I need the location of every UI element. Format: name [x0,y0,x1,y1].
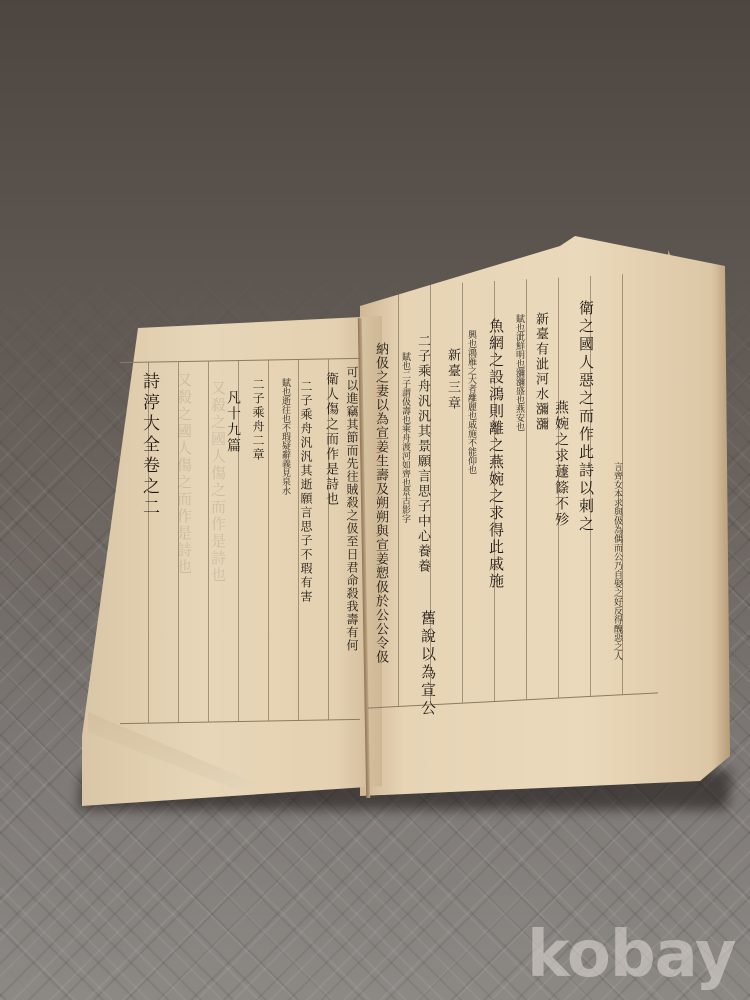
kobay-watermark: kobay [527,918,736,992]
commentary-column: 賦也泚鮮明也瀰瀰盛也燕安也 [514,314,523,431]
text-column: 可以進竊其節而先往賊殺之伋至日君命殺我壽有何 [346,366,358,652]
commentary-column: 賦也二子謂伋壽也乘舟渡河如齊也景古影字 [400,352,409,523]
chapter-heading: 新臺三章 [446,348,459,412]
column-rule [398,286,399,706]
column-rule [622,274,623,694]
text-column: 燕婉之求蘧篨不殄 [554,400,568,528]
chapter-heading: 二子乘舟二章 [252,378,264,462]
bleed-through-text: 又殺之國人傷之而作是詩也 [210,380,225,584]
text-column: 新臺有泚河水瀰瀰 [534,312,547,432]
column-rule [268,360,269,720]
text-column: 二子乘舟汎汎其逝願言思子不瑕有害 [300,380,312,604]
text-column: 魚網之設鴻則離之燕婉之求得此戚施 [488,318,503,590]
volume-title: 詩渟大全卷之二 [140,372,157,519]
text-column: 衛之國人惡之而作此詩以刺之 [578,300,593,534]
commentary-column: 言齊女本求與伋為偶而公乃自娶之好反得醜惡之人 [612,462,621,660]
column-rule [462,283,463,703]
old-commentary-note: 舊說以為宣公 [420,610,435,718]
open-book: 詩渟大全卷之二 又殺之國人傷之而作是詩也 又殺之國人傷之而作是詩也 凡十九篇 二… [0,0,750,1000]
text-column: 納伋之妻以為宣姜生壽及朔朔與宣姜愬伋於公公令伋 [374,342,387,664]
text-column: 衛人傷之而作是詩也 [324,372,337,507]
poem-count-note: 凡十九篇 [226,390,240,454]
column-rule [526,279,527,699]
commentary-column: 興也鴻雁之大者離麗也戚施不能仰也 [466,330,475,474]
text-column: 二子乘舟汎汎其景願言思子中心養養 [416,334,429,574]
bleed-through-text: 又殺之國人傷之而作是詩也 [176,372,191,576]
commentary-column: 賦也逝往也不瑕疑辭義見泉水 [280,378,289,495]
